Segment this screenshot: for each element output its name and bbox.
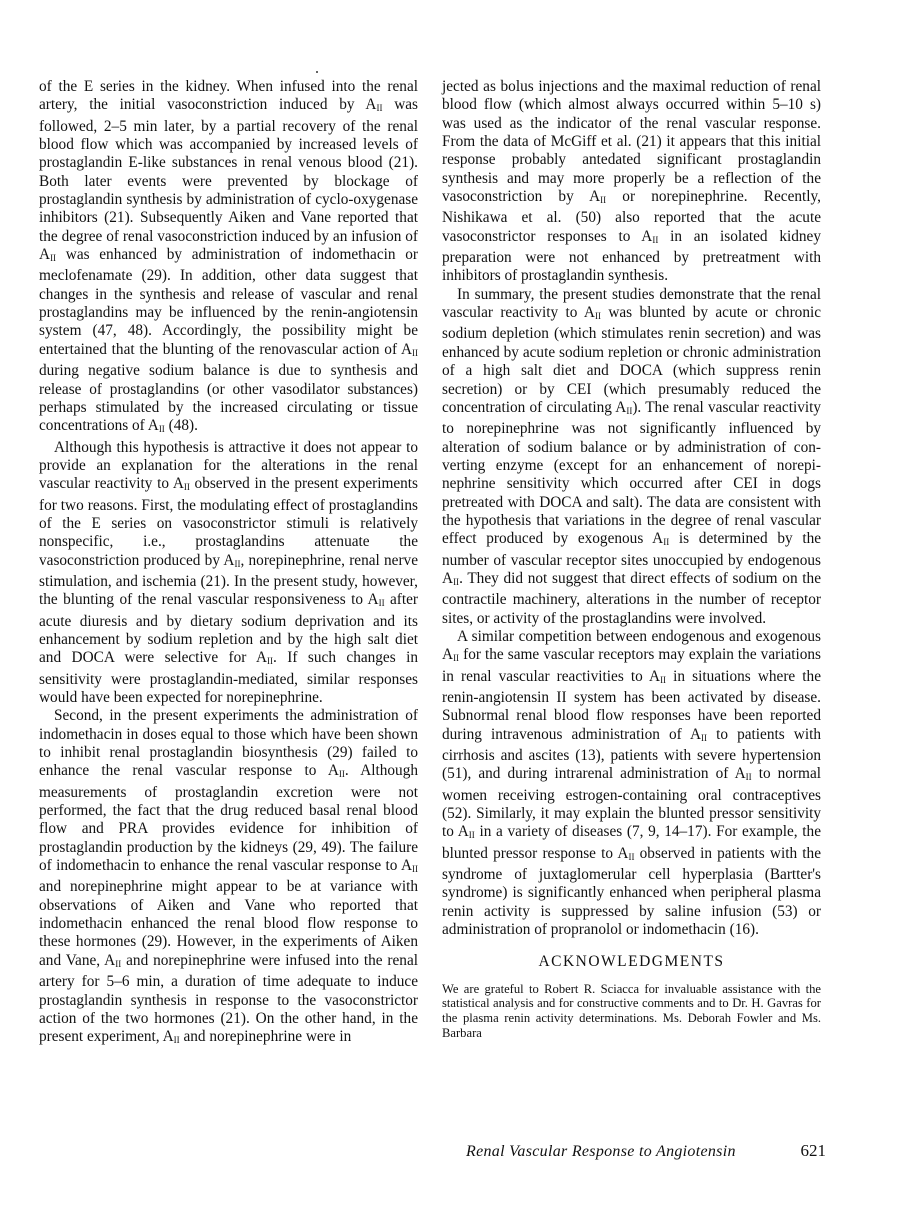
- body-paragraph: Although this hypothesis is attractive i…: [39, 439, 418, 708]
- scan-speck: [316, 71, 318, 73]
- body-paragraph: jected as bolus injections and the maxim…: [442, 78, 821, 286]
- angiotensin-symbol: AII: [223, 552, 240, 569]
- angiotensin-symbol: AII: [589, 188, 606, 205]
- angiotensin-symbol: AII: [328, 762, 345, 779]
- right-column: jected as bolus injections and the maxim…: [442, 78, 821, 1040]
- angiotensin-symbol: AII: [652, 530, 669, 547]
- page-number: 621: [801, 1141, 827, 1161]
- running-title: Renal Vascular Response to Angiotensin: [466, 1143, 736, 1161]
- angiotensin-symbol: AII: [442, 646, 459, 663]
- angiotensin-symbol: AII: [442, 570, 459, 587]
- body-paragraph: Second, in the present experiments the a…: [39, 707, 418, 1049]
- angiotensin-symbol: AII: [584, 304, 601, 321]
- acknowledgments-heading: ACKNOWLEDGMENTS: [442, 953, 821, 971]
- angiotensin-symbol: AII: [365, 96, 382, 113]
- body-paragraph: of the E series in the kidney. When infu…: [39, 78, 418, 439]
- angiotensin-symbol: AII: [368, 591, 385, 608]
- angiotensin-symbol: AII: [256, 649, 273, 666]
- angiotensin-symbol: AII: [148, 417, 165, 434]
- angiotensin-symbol: AII: [173, 475, 190, 492]
- angiotensin-symbol: AII: [735, 765, 752, 782]
- angiotensin-symbol: AII: [690, 726, 707, 743]
- acknowledgments-text: We are grateful to Robert R. Sciacca for…: [442, 982, 821, 1040]
- angiotensin-symbol: AII: [39, 246, 56, 263]
- page-footer: Renal Vascular Response to Angiotensin 6…: [466, 1141, 826, 1161]
- angiotensin-symbol: AII: [163, 1028, 180, 1045]
- angiotensin-symbol: AII: [641, 228, 658, 245]
- angiotensin-symbol: AII: [104, 952, 121, 969]
- journal-page: of the E series in the kidney. When infu…: [0, 0, 898, 1228]
- angiotensin-symbol: AII: [617, 845, 634, 862]
- angiotensin-symbol: AII: [401, 341, 418, 358]
- angiotensin-symbol: AII: [458, 823, 475, 840]
- body-paragraph: A similar competition between endogenous…: [442, 628, 821, 940]
- angiotensin-symbol: AII: [401, 857, 418, 874]
- angiotensin-symbol: AII: [615, 399, 632, 416]
- left-column: of the E series in the kidney. When infu…: [39, 78, 418, 1050]
- body-paragraph: In summary, the present studies demonstr…: [442, 286, 821, 628]
- angiotensin-symbol: AII: [649, 668, 666, 685]
